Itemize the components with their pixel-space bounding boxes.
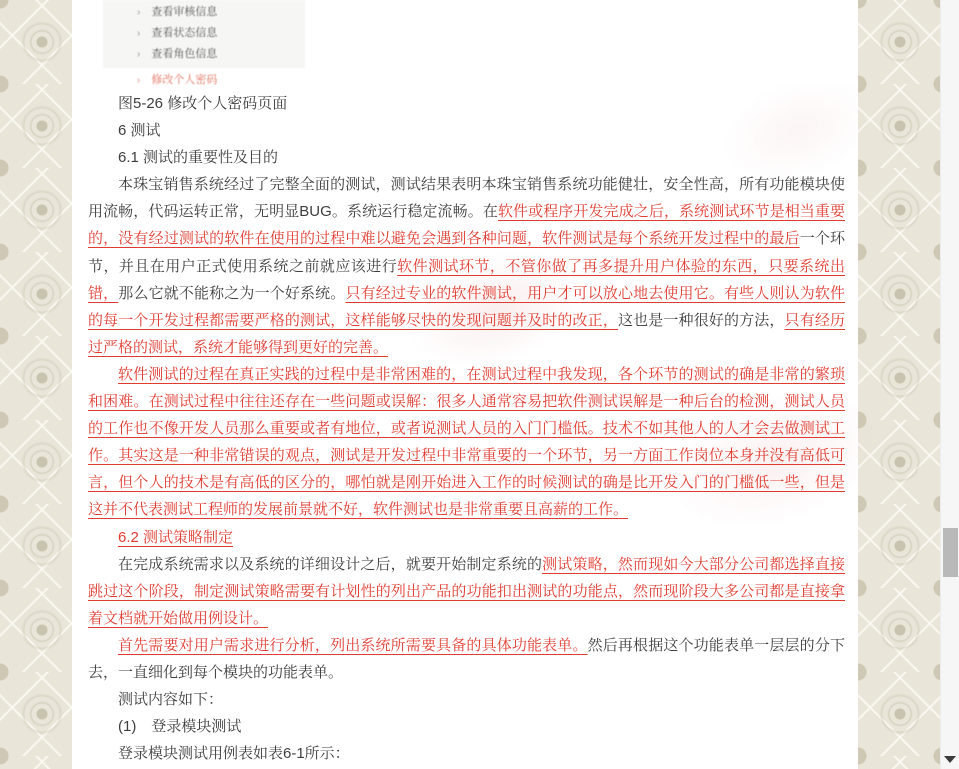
- chevron-right-icon: ›: [137, 49, 140, 60]
- figure-menu-item: ›查看审核信息: [103, 2, 305, 23]
- revised-red-text: 软件测试的过程在真正实践的过程中是非常困难的，在测试过程中我发现，各个环节的测试…: [88, 366, 845, 518]
- paragraph: 在完成系统需求以及系统的详细设计之后，就要开始制定系统的测试策略，然而现如今大部…: [88, 551, 845, 632]
- embedded-screenshot: ›查看审核信息›查看状态信息›查看角色信息 ›修改个人密码: [103, 0, 305, 90]
- scrollbar[interactable]: [940, 0, 959, 769]
- revised-red-text: 首先需要对用户需求进行分析，列出系统所需要具备的具体功能表单。: [118, 637, 588, 654]
- chevron-right-icon: ›: [137, 75, 140, 86]
- paragraph: 首先需要对用户需求进行分析，列出系统所需要具备的具体功能表单。然后再根据这个功能…: [88, 632, 845, 686]
- document-page: ›查看审核信息›查看状态信息›查看角色信息 ›修改个人密码 图5-26 修改个人…: [72, 0, 858, 769]
- section-heading: 6.2 测试策略制定: [88, 524, 845, 551]
- chevron-right-icon: ›: [137, 28, 140, 39]
- section-heading: 6.1 测试的重要性及目的: [88, 144, 845, 171]
- screenshot-menu-highlight: ›修改个人密码: [103, 68, 305, 90]
- body-text: 登录模块测试用例表如表6-1所示：: [118, 745, 350, 762]
- wallpaper-pattern-left: [0, 0, 72, 769]
- chevron-right-icon: ›: [137, 7, 140, 18]
- body-text: 6.1 测试的重要性及目的: [118, 149, 278, 166]
- document-body: 图5-26 修改个人密码页面6 测试6.1 测试的重要性及目的本珠宝销售系统经过…: [88, 90, 845, 767]
- body-text: 图5-26 修改个人密码页面: [118, 95, 287, 112]
- scrollbar-thumb[interactable]: [943, 528, 958, 577]
- chevron-down-icon: [944, 756, 956, 763]
- paragraph: 本珠宝销售系统经过了完整全面的测试，测试结果表明本珠宝销售系统功能健壮，安全性高…: [88, 171, 845, 361]
- figure-menu-item-label: 查看状态信息: [151, 27, 217, 39]
- body-text: (1) 登录模块测试: [118, 718, 241, 735]
- figure-menu-item-label: 修改个人密码: [151, 74, 217, 86]
- figure-menu-item-label: 查看角色信息: [151, 48, 217, 60]
- paragraph: (1) 登录模块测试: [88, 713, 845, 740]
- paragraph: 测试内容如下：: [88, 686, 845, 713]
- body-text: 这也是一种很好的方法，: [618, 312, 785, 329]
- figure-menu-item: ›查看状态信息: [103, 23, 305, 44]
- body-text: 那么它就不能称之为一个好系统。: [118, 285, 345, 302]
- paragraph: 登录模块测试用例表如表6-1所示：: [88, 740, 845, 767]
- figure-menu-item: ›修改个人密码: [103, 68, 305, 90]
- document-content: ›查看审核信息›查看状态信息›查看角色信息 ›修改个人密码 图5-26 修改个人…: [88, 0, 845, 767]
- figure-menu-item-label: 查看审核信息: [151, 6, 217, 18]
- screenshot-menu-group: ›查看审核信息›查看状态信息›查看角色信息: [103, 0, 305, 68]
- body-text: 在完成系统需求以及系统的详细设计之后，就要开始制定系统的: [118, 556, 542, 573]
- figure-caption: 图5-26 修改个人密码页面: [88, 90, 845, 117]
- body-text: 6 测试: [118, 122, 161, 139]
- figure-menu-item: ›查看角色信息: [103, 44, 305, 65]
- scroll-down-button[interactable]: [941, 751, 959, 769]
- wallpaper-pattern-right: [858, 0, 941, 769]
- section-heading: 6 测试: [88, 117, 845, 144]
- revised-red-text: 6.2 测试策略制定: [118, 529, 233, 546]
- body-text: 测试内容如下：: [118, 691, 223, 708]
- paragraph: 软件测试的过程在真正实践的过程中是非常困难的，在测试过程中我发现，各个环节的测试…: [88, 361, 845, 524]
